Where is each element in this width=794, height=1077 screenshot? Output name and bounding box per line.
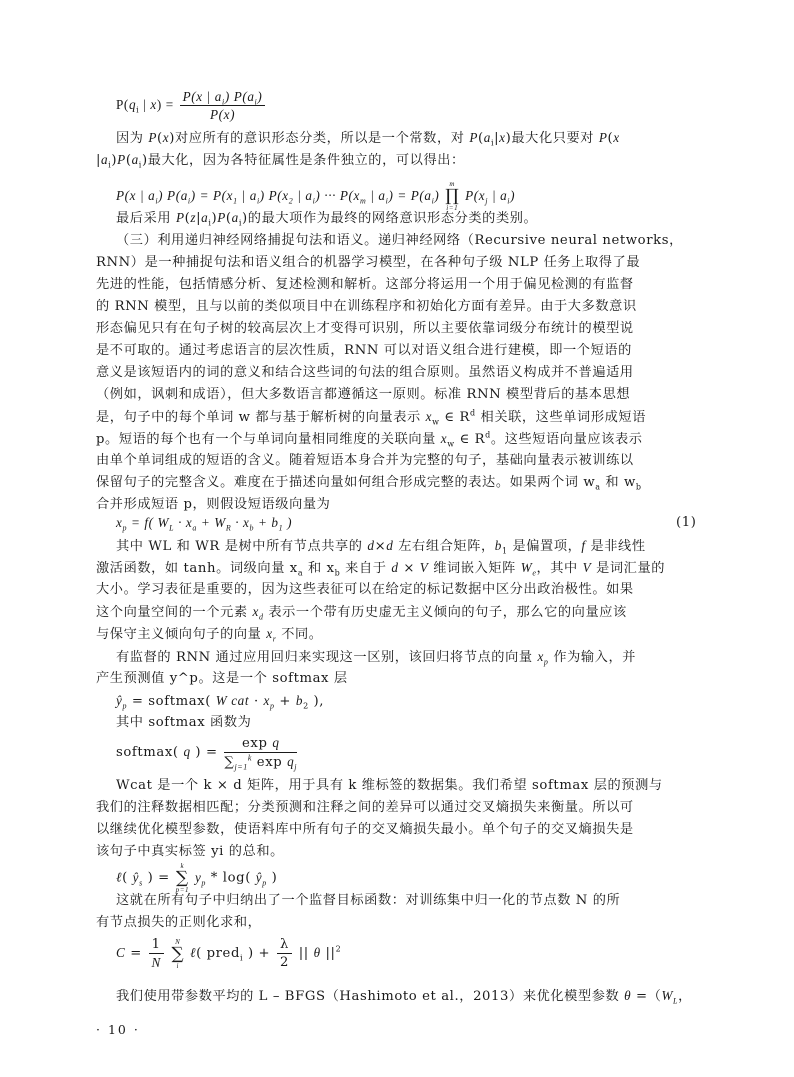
paragraph-line: 其中 WL 和 WR 是树中所有节点共享的 d×d 左右组合矩阵，b1 是偏置项… [116, 536, 646, 557]
paragraph-line: RNN）是一种捕捉句法和语义组合的机器学习模型，在各种句子级 NLP 任务上取得… [96, 253, 640, 273]
equation-number: (1) [676, 513, 696, 533]
paragraph-line: 是，句子中的每个单词 w 都与基于解析树的向量表示 xw ∈ Rd 相关联，这些… [96, 407, 646, 428]
paragraph-line: 与保守主义倾向句子的向量 xr 不同。 [96, 624, 323, 645]
paragraph-line: 最后采用 P(z|ai)P(ai)的最大项作为最终的网络意识形态分类的类别。 [116, 208, 537, 229]
paragraph-line: 的 RNN 模型，且与以前的类似项目中在训练程序和初始化方面有差异。由于大多数意… [96, 297, 637, 317]
paragraph-line: 我们的注释数据相匹配；分类预测和注释之间的差异可以通过交叉熵损失来衡量。所以可 [96, 798, 634, 818]
paragraph-line: 先进的性能，包括情感分析、复述检测和解析。这部分将运用一个用于偏见检测的有监督 [96, 275, 634, 295]
equation-loss: ℓ( ŷs ) = k∑p=1 yp * log( ŷp ) [116, 862, 277, 894]
page-number: · 10 · [96, 1022, 140, 1037]
paragraph-line: 我们使用带参数平均的 L – BFGS（Hashimoto et al.，201… [116, 986, 692, 1007]
paragraph-line: 其中 softmax 函数为 [116, 713, 251, 733]
paragraph-line: 这个向量空间的一个元素 xd 表示一个带有历史虚无主义倾向的句子，那么它的向量应… [96, 602, 627, 623]
section-heading-3: （三）利用递归神经网络捕捉句法和语义。递归神经网络（Recursive neur… [116, 231, 683, 251]
paragraph-line: 由单个单词组成的短语的含义。随着短语本身合并为完整的句子，基础向量表示被训练以 [96, 451, 634, 471]
paragraph-line: 有节点损失的正则化求和， [96, 913, 261, 933]
paragraph-line: 形态偏见只有在句子树的较高层次上才变得可识别，所以主要依靠词级分布统计的模型说 [96, 319, 634, 339]
paragraph-line: 因为 P(x)对应所有的意识形态分类，所以是一个常数，对 P(ai|x)最大化只… [116, 128, 620, 149]
paragraph-line: 意义是该短语内的词的意义和结合这些词的句法的组合原则。虽然语义构成并不普遍适用 [96, 363, 634, 383]
paragraph-line: |ai)P(ai)最大化，因为各特征属性是条件独立的，可以得出： [96, 150, 465, 171]
paragraph-line: 激活函数，如 tanh。词级向量 xa 和 xb 来自于 d × V 维词嵌入矩… [96, 558, 665, 579]
equation-softmax: softmax( q ) = exp q∑j=1k exp qj [116, 734, 299, 771]
paragraph-line: 合并形成短语 p，则假设短语级向量为 [96, 495, 330, 515]
paragraph-line: 是不可取的。通过考虑语言的层次性质，RNN 可以对语义组合进行建模，即一个短语的 [96, 341, 632, 361]
paragraph-line: （例如，讽刺和成语），但大多数语言都遵循这一原则。标准 RNN 模型背后的基本思… [96, 385, 630, 405]
equation-bayes: P(qi | x) = P(x | ai) P(ai)P(x) [116, 88, 267, 123]
equation-1: xp = f( WL · xa + WR · xb + b1 ) [116, 513, 292, 534]
paragraph-line: 产生预测值 y^p。这是一个 softmax 层 [96, 669, 348, 689]
paragraph-line: Wcat 是一个 k × d 矩阵，用于具有 k 维标签的数据集。我们希望 so… [116, 776, 663, 796]
paragraph-line: 大小。学习表征是重要的，因为这些表征可以在给定的标记数据中区分出政治极性。如果 [96, 580, 634, 600]
paragraph-line: 保留句子的完整含义。难度在于描述向量如何组合形成完整的表达。如果两个词 wa 和… [96, 473, 642, 493]
equation-softmax-layer: ŷp = softmax( W cat · xp + b2 ), [116, 691, 324, 712]
paper-page: P(qi | x) = P(x | ai) P(ai)P(x) 因为 P(x)对… [0, 0, 794, 1077]
paragraph-line: 有监督的 RNN 通过应用回归来实现这一区别，该回归将节点的向量 xp 作为输入… [116, 647, 636, 668]
paragraph-line: 这就在所有句子中归纳出了一个监督目标函数：对训练集中归一化的节点数 N 的所 [116, 891, 620, 911]
paragraph-line: 该句子中真实标签 yi 的总和。 [96, 842, 284, 862]
equation-cost: C = 1N N∑i ℓ( predi ) + λ2 || θ ||2 [116, 936, 341, 971]
paragraph-line: p。短语的每个也有一个与单词向量相同维度的关联向量 xw ∈ Rd。这些短语向量… [96, 429, 643, 450]
paragraph-line: 以继续优化模型参数，使语料库中所有句子的交叉熵损失最小。单个句子的交叉熵损失是 [96, 820, 634, 840]
